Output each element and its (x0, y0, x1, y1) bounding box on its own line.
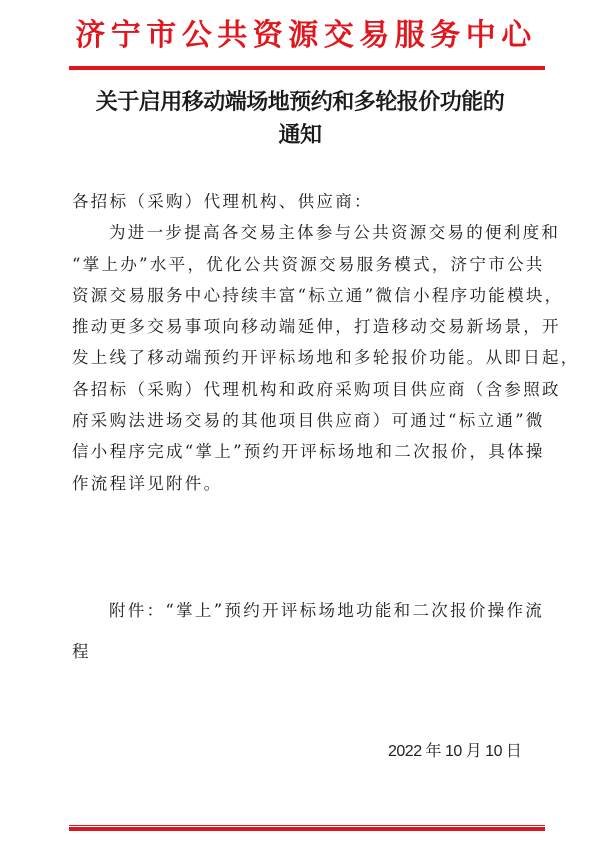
notice-title-line-2: 通知 (60, 119, 540, 152)
body-line: 发上线了移动端预约开评标场地和多轮报价功能。从即日起， (72, 342, 548, 373)
body-line: “掌上办”水平，优化公共资源交易服务模式，济宁市公共 (72, 249, 548, 280)
salutation: 各招标（采购）代理机构、供应商： (72, 186, 548, 217)
notice-title-line-1: 关于启用移动端场地预约和多轮报价功能的 (60, 86, 540, 119)
attachment-note: 附件：“掌上”预约开评标场地功能和二次报价操作流 程 (72, 590, 548, 672)
issue-date: 2022 年 10 月 10 日 (388, 738, 521, 761)
footer-thin-rule (69, 825, 545, 826)
body-line: 作流程详见附件。 (72, 468, 548, 499)
footer-thick-rule (69, 827, 545, 831)
attachment-line: 附件：“掌上”预约开评标场地功能和二次报价操作流 (72, 590, 548, 631)
body-line: 为进一步提高各交易主体参与公共资源交易的便利度和 (72, 217, 548, 248)
body-line: 各招标（采购）代理机构和政府采购项目供应商（含参照政 (72, 374, 548, 405)
body-line: 信小程序完成“掌上”预约开评标场地和二次报价，具体操 (72, 436, 548, 467)
notice-title: 关于启用移动端场地预约和多轮报价功能的 通知 (60, 86, 540, 152)
masthead-red-rule (69, 66, 545, 70)
body-line: 推动更多交易事项向移动端延伸，打造移动交易新场景，开 (72, 311, 548, 342)
notice-body: 各招标（采购）代理机构、供应商： 为进一步提高各交易主体参与公共资源交易的便利度… (72, 186, 548, 499)
body-line: 资源交易服务中心持续丰富“标立通”微信小程序功能模块， (72, 280, 548, 311)
body-line: 府采购法进场交易的其他项目供应商）可通过“标立通”微 (72, 405, 548, 436)
masthead-org-name: 济宁市公共资源交易服务中心 (66, 16, 546, 56)
attachment-line: 程 (72, 631, 548, 672)
